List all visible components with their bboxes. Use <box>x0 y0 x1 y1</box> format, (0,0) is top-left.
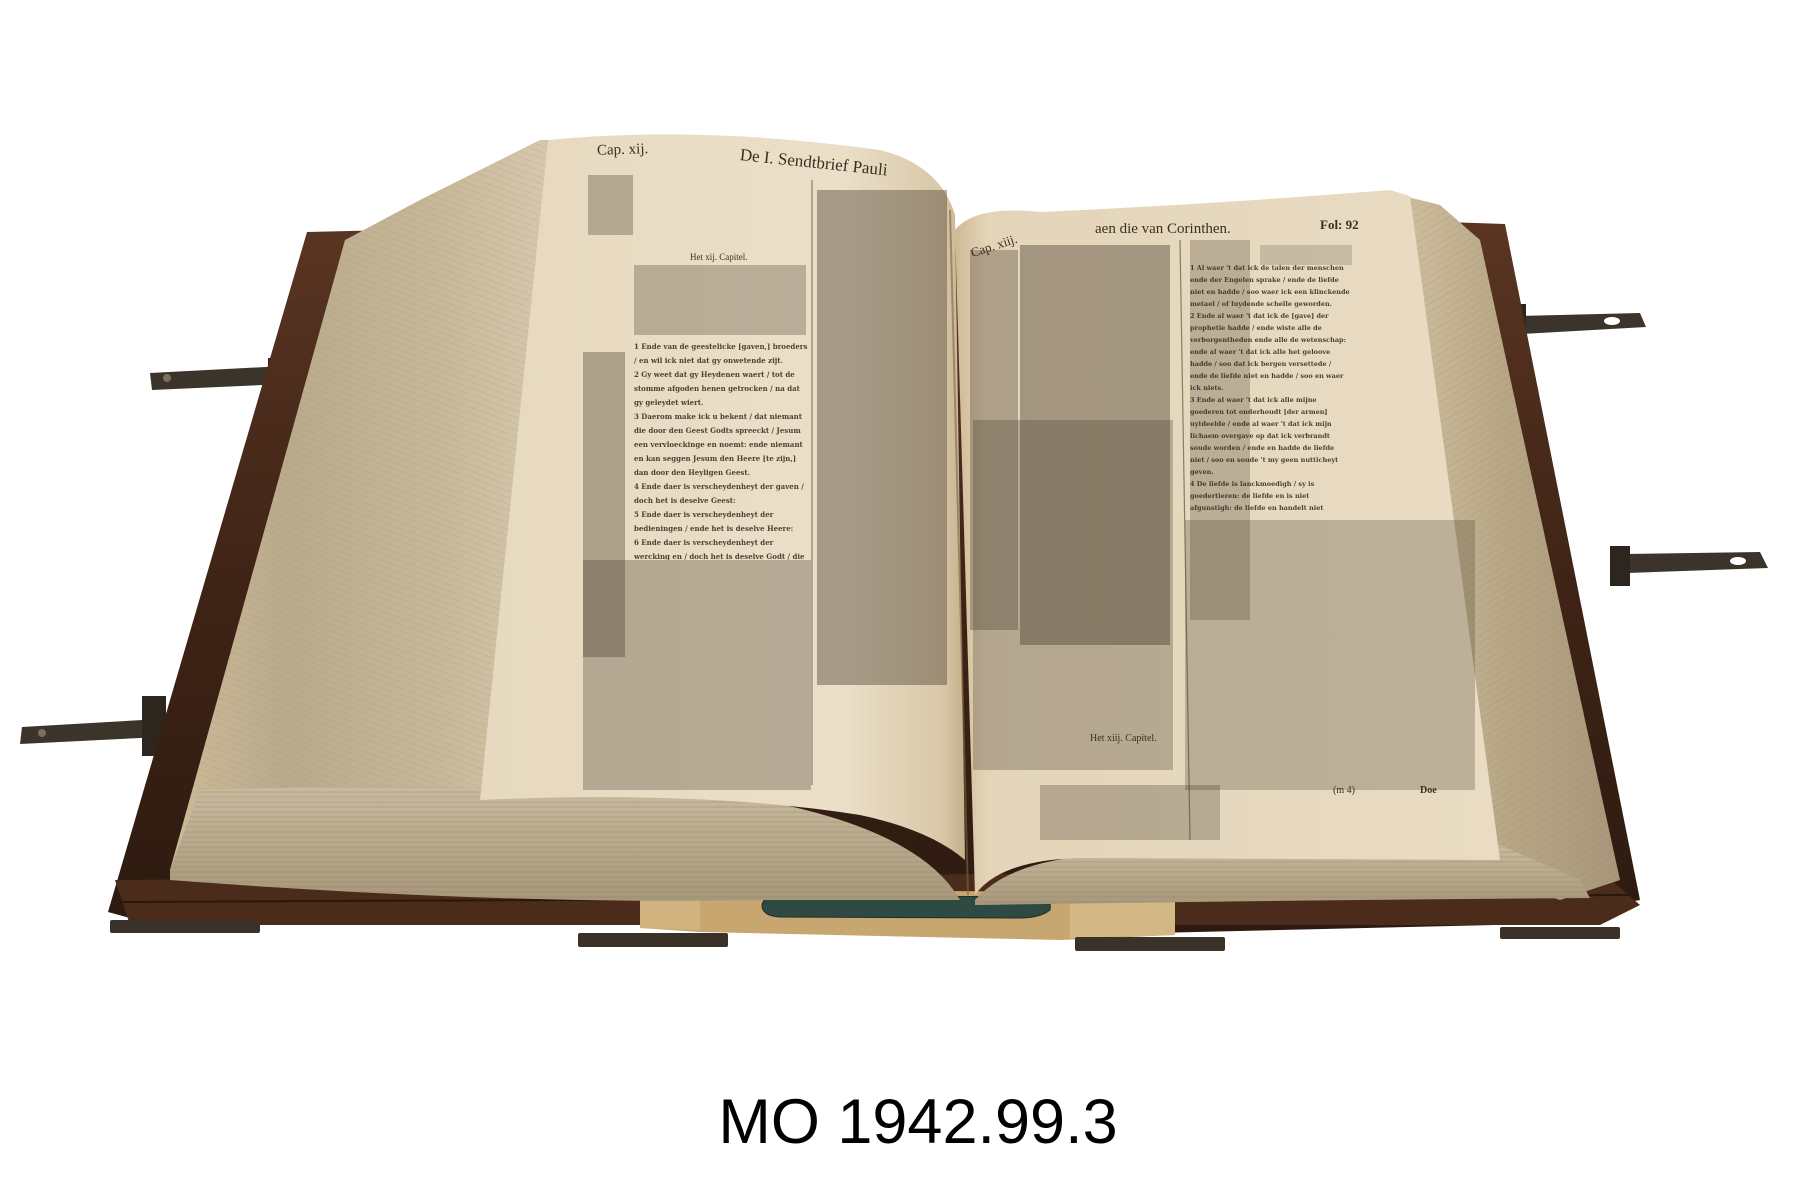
right-running-head-title: aen die van Corinthen. <box>1095 221 1231 238</box>
book-photo <box>0 0 1800 1200</box>
verse: 1 Ende van de geestelicke [gaven,] broed… <box>634 340 809 368</box>
verse: 4 Ende daer is verscheydenheyt der gaven… <box>634 480 809 508</box>
verse: 4 De liefde is lanckmoedigh / sy is goed… <box>1190 478 1350 512</box>
right-page-verses: 1 Al waer 't dat ick de talen der mensch… <box>1190 262 1350 512</box>
right-chapter-heading: Het xiij. Capitel. <box>1090 733 1157 744</box>
left-running-head-chapter: Cap. xij. <box>597 141 649 160</box>
verse: 6 Ende daer is verscheydenheyt der werck… <box>634 536 809 560</box>
right-clasp-strap-upper <box>1508 304 1646 340</box>
right-signature-mark: (m 4) <box>1333 785 1355 796</box>
verse: 3 Daerom make ick u bekent / dat niemant… <box>634 410 809 480</box>
catalog-number-caption: MO 1942.99.3 <box>0 1086 1800 1158</box>
left-chapter-heading: Het xij. Capitel. <box>690 252 748 262</box>
verse: 5 Ende daer is verscheydenheyt der bedie… <box>634 508 809 536</box>
verse: 1 Al waer 't dat ick de talen der mensch… <box>1190 262 1350 310</box>
right-clasp-strap-lower <box>1610 546 1768 586</box>
left-clasp-strap-lower <box>20 696 166 756</box>
left-page-verses: 1 Ende van de geestelicke [gaven,] broed… <box>634 340 809 560</box>
right-folio-number: Fol: 92 <box>1320 217 1359 233</box>
right-catchword: Doe <box>1420 785 1437 796</box>
verse: 3 Ende al waer 't dat ick alle mijne goe… <box>1190 394 1350 478</box>
verse: 2 Gy weet dat gy Heydenen waert / tot de… <box>634 368 809 410</box>
verse: 2 Ende al waer 't dat ick de [gave] der … <box>1190 310 1350 394</box>
